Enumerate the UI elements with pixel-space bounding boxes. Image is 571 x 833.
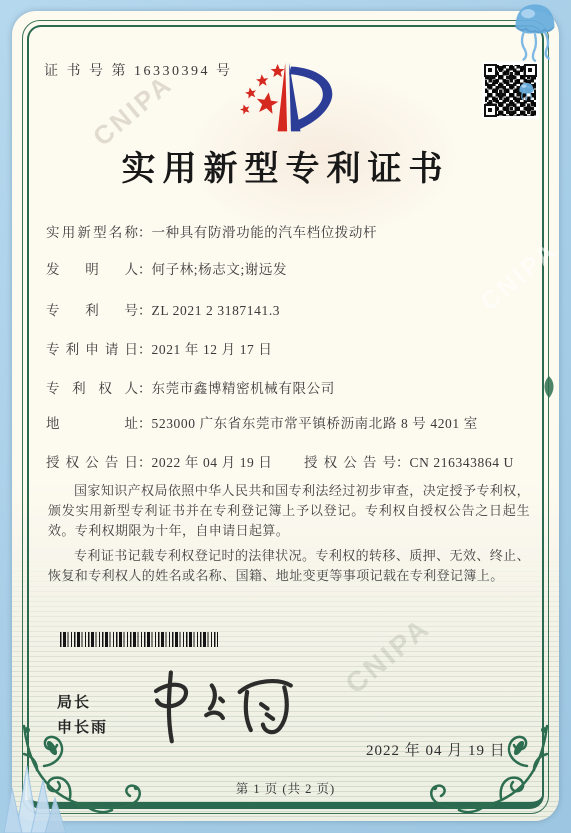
- field-colon: ：: [138, 225, 152, 240]
- handwritten-signature-icon: [143, 662, 301, 748]
- field-value: 东莞市鑫博精密机械有限公司: [152, 381, 335, 396]
- field-label: 专利申请日: [46, 338, 138, 358]
- field-colon: ：: [138, 303, 152, 318]
- field-value: 一种具有防滑功能的汽车档位拨动杆: [152, 225, 378, 240]
- field-label: 实用新型名称: [46, 221, 138, 241]
- field-label: 授权公告日: [46, 451, 138, 471]
- commissioner-name: 申长雨: [57, 716, 108, 737]
- field-label: 发明人: [46, 258, 138, 278]
- jellyfish-sticker-small-icon: [518, 82, 535, 104]
- field-colon: ：: [138, 455, 152, 470]
- field-application-date: 专利申请日：2021 年 12 月 17 日: [46, 338, 546, 358]
- field-label: 专利号: [46, 299, 138, 319]
- page-number: 第 1 页 (共 2 页): [12, 779, 559, 797]
- certificate-number: 证 书 号 第 16330394 号: [44, 60, 233, 80]
- cnipa-logo-icon: [228, 56, 352, 140]
- field-patentee: 专利权人：东莞市鑫博精密机械有限公司: [46, 377, 546, 397]
- field-grant-number: 授权公告号：CN 216343864 U: [304, 451, 514, 471]
- ice-crystal-sticker-icon: [0, 760, 70, 833]
- issue-date: 2022 年 04 月 19 日: [366, 739, 506, 760]
- field-value: 何子林;杨志文;谢远发: [152, 262, 288, 277]
- field-colon: ：: [396, 455, 410, 470]
- certificate-title: 实用新型专利证书: [12, 141, 559, 190]
- field-inventors: 发明人：何子林;杨志文;谢远发: [46, 258, 546, 278]
- field-value: 2021 年 12 月 17 日: [152, 342, 273, 357]
- field-label: 地址: [46, 412, 138, 432]
- field-utility-model-name: 实用新型名称：一种具有防滑功能的汽车档位拨动杆: [46, 221, 546, 241]
- field-colon: ：: [138, 416, 152, 431]
- field-value: CN 216343864 U: [410, 455, 514, 470]
- field-address: 地址：523000 广东省东莞市常平镇桥沥南北路 8 号 4201 室: [46, 412, 546, 432]
- field-colon: ：: [138, 381, 152, 396]
- field-patent-number: 专利号：ZL 2021 2 3187141.3: [46, 299, 546, 319]
- field-value: ZL 2021 2 3187141.3: [152, 303, 281, 318]
- certificate-page: 证 书 号 第 16330394 号 实用新型专利证书 实用新型名称：一种具有防…: [0, 0, 571, 833]
- flourish-bottom-right-icon: [407, 718, 557, 818]
- field-value: 523000 广东省东莞市常平镇桥沥南北路 8 号 4201 室: [152, 416, 478, 431]
- field-label: 授权公告号: [304, 451, 396, 471]
- legal-text: 国家知识产权局依照中华人民共和国专利法经过初步审查，决定授予专利权，颁发实用新型…: [48, 481, 530, 591]
- field-colon: ：: [138, 342, 152, 357]
- field-colon: ：: [138, 262, 152, 277]
- qr-finder-icon: [484, 64, 497, 77]
- commissioner-title: 局长: [57, 691, 91, 712]
- qr-finder-icon: [524, 64, 537, 77]
- legal-paragraph-2: 专利证书记载专利权登记时的法律状况。专利权的转移、质押、无效、终止、恢复和专利权…: [48, 546, 530, 586]
- field-grant-date-and-number: 授权公告日：2022 年 04 月 19 日 授权公告号：CN 21634386…: [46, 451, 546, 471]
- qr-finder-icon: [484, 104, 497, 117]
- barcode-icon: [60, 632, 218, 647]
- jellyfish-sticker-icon: [512, 2, 558, 62]
- field-value: 2022 年 04 月 19 日: [152, 455, 273, 470]
- field-label: 专利权人: [46, 377, 138, 397]
- legal-paragraph-1: 国家知识产权局依照中华人民共和国专利法经过初步审查，决定授予专利权，颁发实用新型…: [48, 481, 530, 541]
